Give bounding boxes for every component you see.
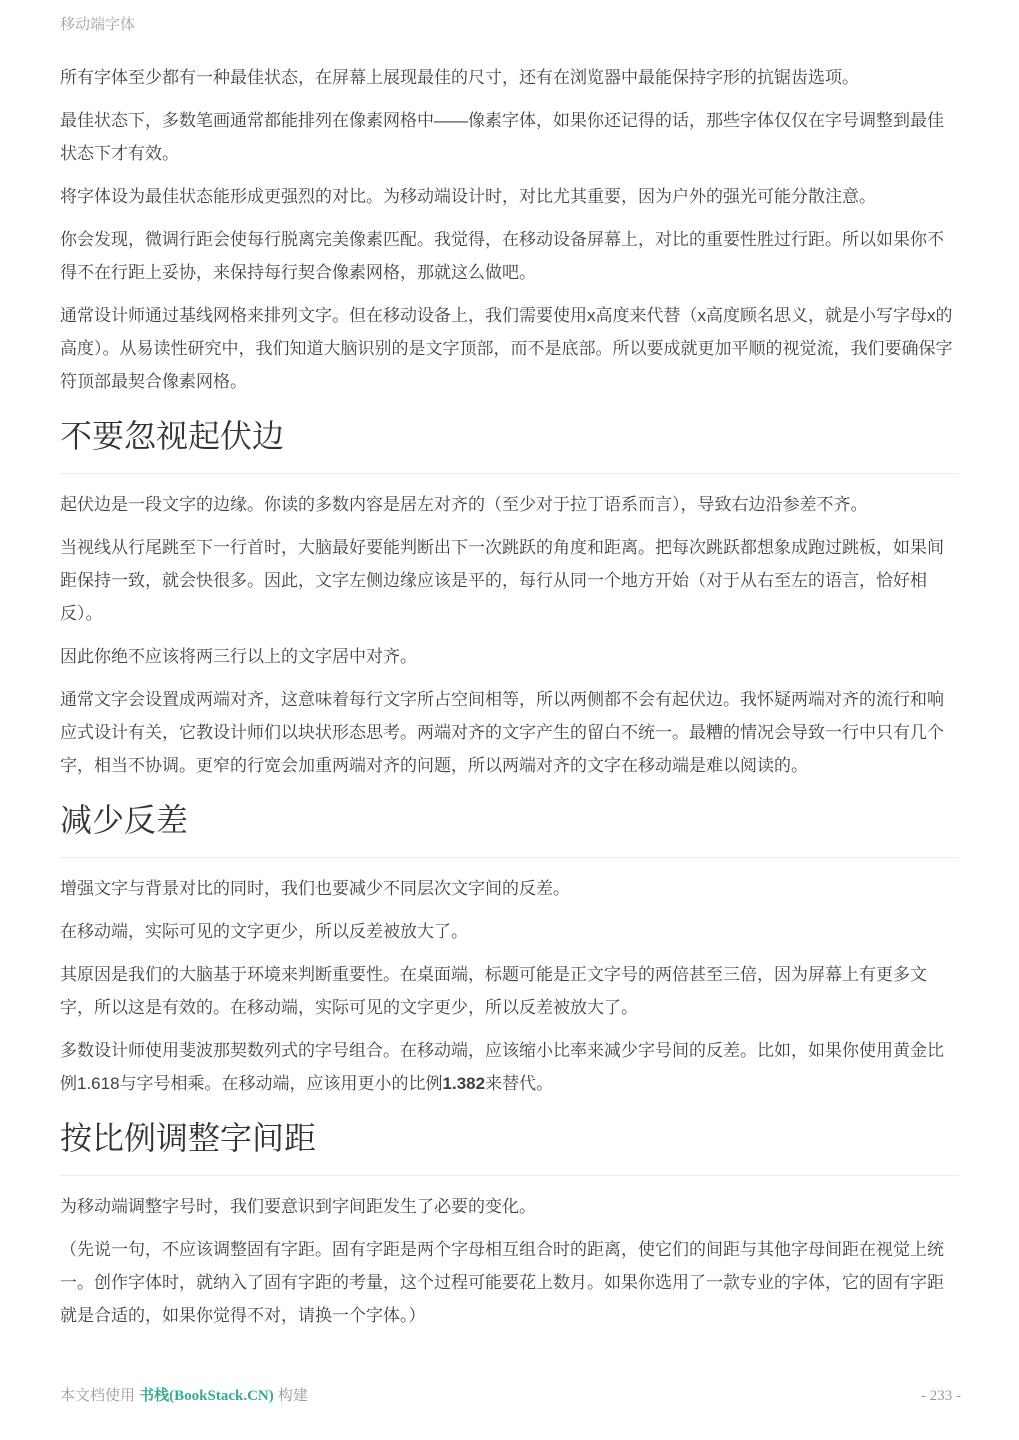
paragraph: 当视线从行尾跳至下一行首时，大脑最好要能判断出下一次跳跃的角度和距离。把每次跳跃… (60, 531, 959, 630)
paragraph: 增强文字与背景对比的同时，我们也要减少不同层次文字间的反差。 (60, 872, 959, 905)
paragraph: （先说一句，不应该调整固有字距。固有字距是两个字母相互组合时的距离，使它们的间距… (60, 1233, 959, 1332)
paragraph: 最佳状态下，多数笔画通常都能排列在像素网格中——像素字体，如果你还记得的话，那些… (60, 104, 959, 170)
doc-title-breadcrumb: 移动端字体 (60, 14, 959, 35)
paragraph: 通常文字会设置成两端对齐，这意味着每行文字所占空间相等，所以两侧都不会有起伏边。… (60, 683, 959, 782)
document-content: 移动端字体 所有字体至少都有一种最佳状态，在屏幕上展现最佳的尺寸，还有在浏览器中… (0, 0, 1019, 1332)
footer-built-with: 本文档使用 书栈(BookStack.CN) 构建 (60, 1384, 308, 1405)
page-footer: 本文档使用 书栈(BookStack.CN) 构建 - 233 - (60, 1384, 961, 1405)
paragraph: 所有字体至少都有一种最佳状态，在屏幕上展现最佳的尺寸，还有在浏览器中最能保持字形… (60, 61, 959, 94)
footer-built-prefix: 本文档使用 (60, 1387, 139, 1404)
footer-built-suffix: 构建 (274, 1387, 308, 1404)
paragraph: 起伏边是一段文字的边缘。你读的多数内容是居左对齐的（至少对于拉丁语系而言），导致… (60, 488, 959, 521)
bookstack-link[interactable]: 书栈(BookStack.CN) (139, 1388, 274, 1404)
section-heading-proportional-letter-spacing: 按比例调整字间距 (60, 1116, 959, 1176)
paragraph: 通常设计师通过基线网格来排列文字。但在移动设备上，我们需要使用x高度来代替（x高… (60, 299, 959, 398)
paragraph: 其原因是我们的大脑基于环境来判断重要性。在桌面端，标题可能是正文字号的两倍甚至三… (60, 958, 959, 1024)
paragraph-with-bold-ratio: 多数设计师使用斐波那契数列式的字号组合。在移动端，应该缩小比率来减少字号间的反差… (60, 1034, 959, 1100)
document-page: 移动端字体 所有字体至少都有一种最佳状态，在屏幕上展现最佳的尺寸，还有在浏览器中… (0, 0, 1019, 1440)
paragraph: 在移动端，实际可见的文字更少，所以反差被放大了。 (60, 915, 959, 948)
paragraph: 将字体设为最佳状态能形成更强烈的对比。为移动端设计时，对比尤其重要，因为户外的强… (60, 180, 959, 213)
section-heading-ragged-edge: 不要忽视起伏边 (60, 414, 959, 474)
ratio-value-bold: 1.382 (443, 1074, 486, 1093)
paragraph: 你会发现，微调行距会使每行脱离完美像素匹配。我觉得，在移动设备屏幕上，对比的重要… (60, 223, 959, 289)
paragraph-suffix: 来替代。 (485, 1074, 553, 1093)
paragraph: 因此你绝不应该将两三行以上的文字居中对齐。 (60, 640, 959, 673)
page-number: - 233 - (921, 1388, 961, 1405)
section-heading-reduce-contrast: 减少反差 (60, 798, 959, 858)
paragraph: 为移动端调整字号时，我们要意识到字间距发生了必要的变化。 (60, 1190, 959, 1223)
